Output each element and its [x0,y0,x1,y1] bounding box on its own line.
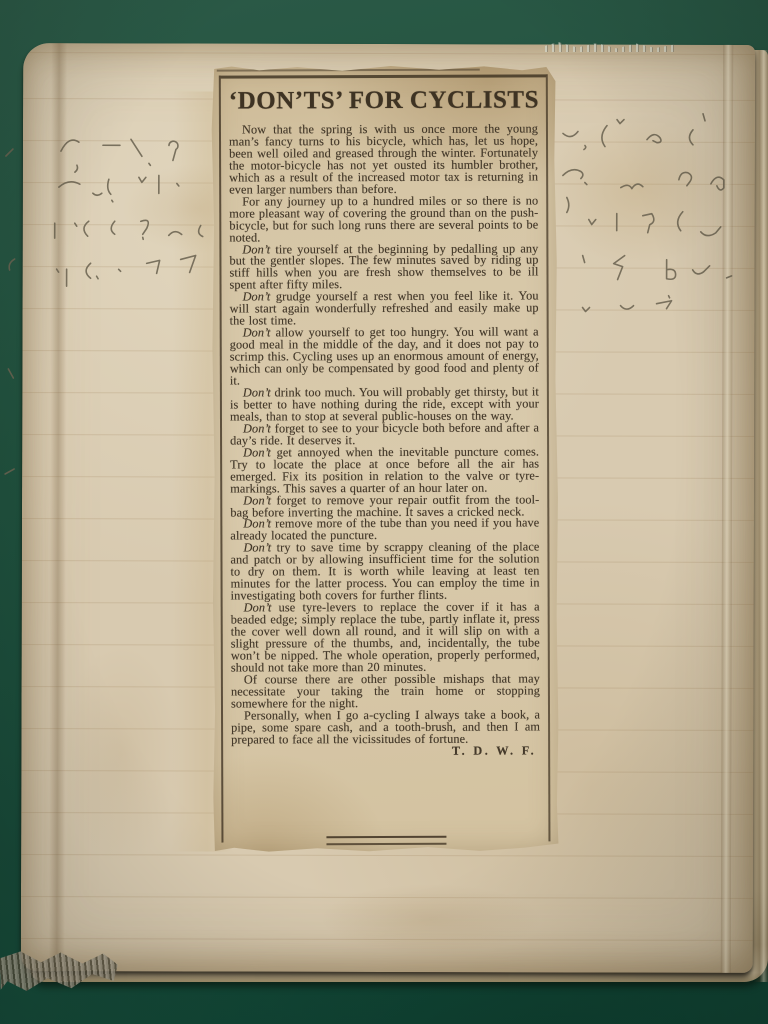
clipping-paragraph: Don’t grudge yourself a rest when you fe… [230,291,539,328]
article-end-rule [326,836,446,845]
clipping-headline: ‘DON’TS’ FOR CYCLISTS [229,86,538,115]
photo-background: { "photo": { "description": "Photograph … [0,0,768,1024]
dont-lead: Don’t [242,242,270,256]
clipping-paragraph: Don’t use tyre-levers to replace the cov… [231,602,540,675]
dont-lead: Don’t [243,493,271,507]
dont-lead: Don’t [243,290,271,304]
torn-cloth-edge [0,948,119,994]
dont-lead: Don’t [243,326,271,340]
dont-lead: Don’t [243,385,271,399]
clipping-paragraph: Don’t get annoyed when the inevitable pu… [230,446,539,495]
signature: T. D. W. F. [439,745,536,757]
paper-stain [321,884,541,955]
dont-lead: Don’t [243,445,271,459]
clipping-paragraph: Don’t forget to see to your bicycle both… [230,422,539,447]
dont-lead: Don’t [243,421,271,435]
shorthand-pencil-marks-right [558,103,767,324]
scrapbook-page: ‘DON’TS’ FOR CYCLISTS Now that the sprin… [21,43,755,973]
clipping-paragraph: Now that the spring is with us once more… [229,123,538,196]
clipping-paragraph: Don’t allow yourself to get too hungry. … [230,327,539,388]
dont-lead: Don’t [243,517,271,531]
newspaper-clipping: ‘DON’TS’ FOR CYCLISTS Now that the sprin… [211,65,560,852]
paper-stain [61,643,182,863]
clipping-paragraph: For any journey up to a hundred miles or… [229,195,538,244]
clipping-paragraph: Don’t drink too much. You will probably … [230,386,539,423]
clipping-paragraph: Don’t tire yourself at the beginning by … [229,243,538,292]
dont-lead: Don’t [243,541,271,555]
dont-lead: Don’t [244,601,272,615]
clipping-paragraph: Personally, when I go a-cycling I always… [231,709,540,746]
shorthand-pencil-marks-edge [0,139,19,519]
clipping-column: ‘DON’TS’ FOR CYCLISTS Now that the sprin… [219,74,551,842]
clipping-paragraph: Don’t try to save time by scrappy cleani… [230,542,539,603]
shorthand-pencil-marks-left [52,117,217,317]
clipping-cut-line [217,69,480,72]
clipping-body: Now that the spring is with us once more… [229,123,540,746]
clipping-paragraph: Of course there are other possible misha… [231,673,540,710]
